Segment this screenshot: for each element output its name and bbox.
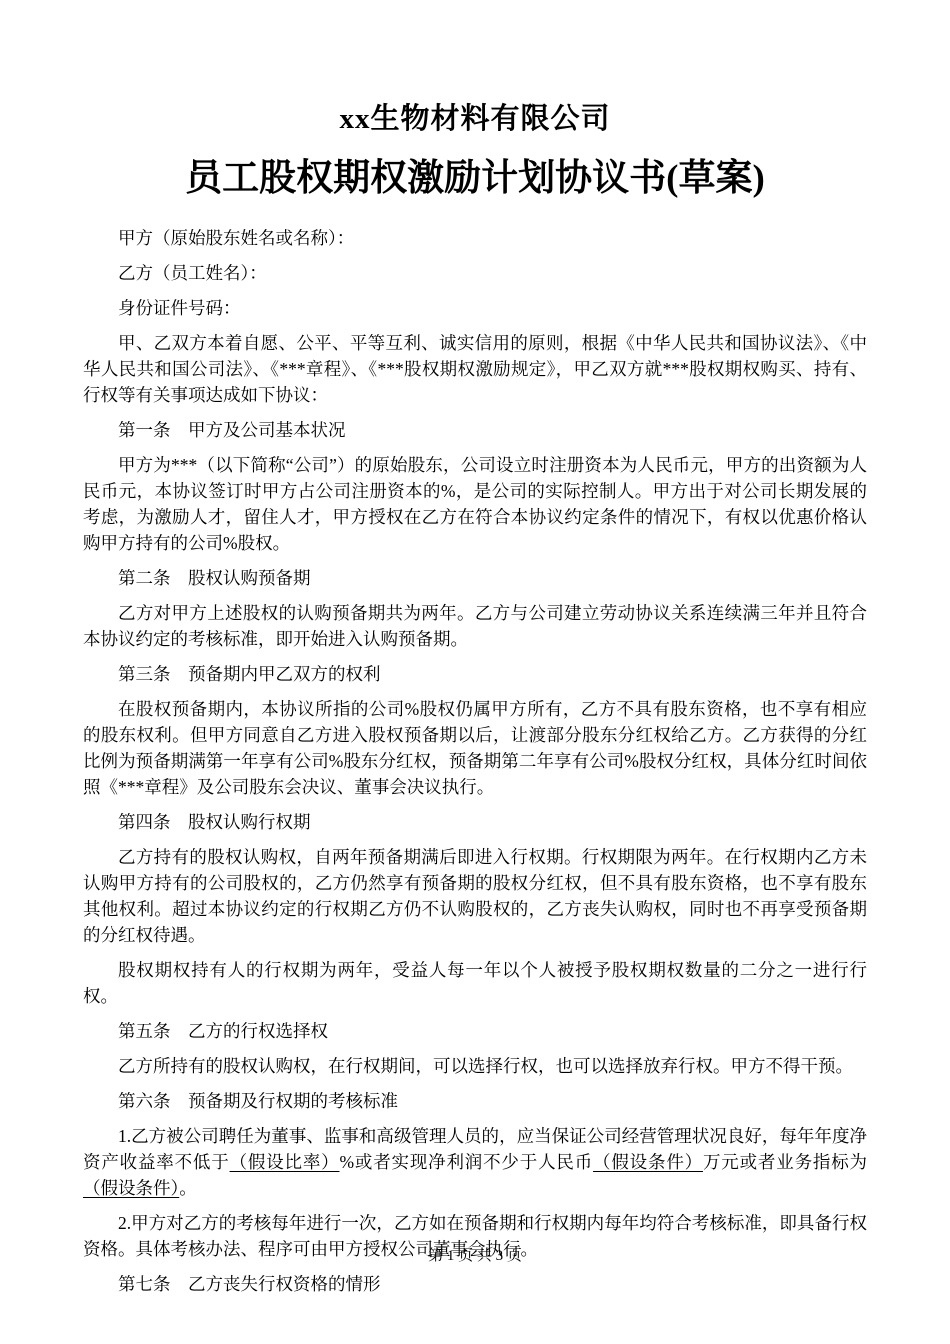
document-page: xx生物材料有限公司 员工股权期权激励计划协议书(草案) 甲方（原始股东姓名或名… — [0, 0, 950, 1344]
company-title: xx生物材料有限公司 — [83, 97, 867, 141]
page-footer: 第 1 页 共 3 页 — [0, 1247, 950, 1265]
document-title: 员工股权期权激励计划协议书(草案) — [83, 152, 867, 206]
article-4-body-2: 股权期权持有人的行权期为两年，受益人每一年以个人被授予股权期权数量的二分之一进行… — [83, 957, 867, 1009]
id-number-line: 身份证件号码： — [83, 295, 867, 321]
article-3-body: 在股权预备期内，本协议所指的公司%股权仍属甲方所有，乙方不具有股东资格，也不享有… — [83, 696, 867, 800]
article-6-heading: 第六条 预备期及行权期的考核标准 — [83, 1088, 867, 1114]
article-1-heading: 第一条 甲方及公司基本状况 — [83, 417, 867, 443]
article-5-body: 乙方所持有的股权认购权，在行权期间，可以选择行权，也可以选择放弃行权。甲方不得干… — [83, 1053, 867, 1079]
text-run: 万元或者业务指标为 — [703, 1152, 867, 1172]
article-2-body: 乙方对甲方上述股权的认购预备期共为两年。乙方与公司建立劳动协议关系连续满三年并且… — [83, 600, 867, 652]
text-run: 。 — [179, 1178, 197, 1198]
article-4-heading: 第四条 股权认购行权期 — [83, 809, 867, 835]
underlined-placeholder: （假设条件） — [593, 1152, 703, 1172]
text-run: %或者实现净利润不少于人民币 — [339, 1152, 593, 1172]
underlined-placeholder: （假设条件） — [83, 1178, 179, 1198]
article-6-item-1: 1.乙方被公司聘任为董事、监事和高级管理人员的，应当保证公司经营管理状况良好，每… — [83, 1123, 867, 1201]
party-b-line: 乙方（员工姓名）： — [83, 260, 867, 286]
article-4-body-1: 乙方持有的股权认购权，自两年预备期满后即进入行权期。行权期限为两年。在行权期内乙… — [83, 844, 867, 948]
party-a-line: 甲方（原始股东姓名或名称）： — [83, 225, 867, 251]
page-number-label: 第 1 页 共 3 页 — [428, 1248, 522, 1264]
document-body: 甲方（原始股东姓名或名称）：乙方（员工姓名）：身份证件号码：甲、乙双方本着自愿、… — [83, 225, 867, 1297]
article-7-heading: 第七条 乙方丧失行权资格的情形 — [83, 1271, 867, 1297]
underlined-placeholder: （假设比率） — [230, 1152, 340, 1172]
article-2-heading: 第二条 股权认购预备期 — [83, 565, 867, 591]
article-1-body: 甲方为***（以下简称“公司”）的原始股东，公司设立时注册资本为人民币元，甲方的… — [83, 452, 867, 556]
article-5-heading: 第五条 乙方的行权选择权 — [83, 1018, 867, 1044]
article-3-heading: 第三条 预备期内甲乙双方的权利 — [83, 661, 867, 687]
preamble: 甲、乙双方本着自愿、公平、平等互利、诚实信用的原则，根据《中华人民共和国协议法》… — [83, 330, 867, 408]
